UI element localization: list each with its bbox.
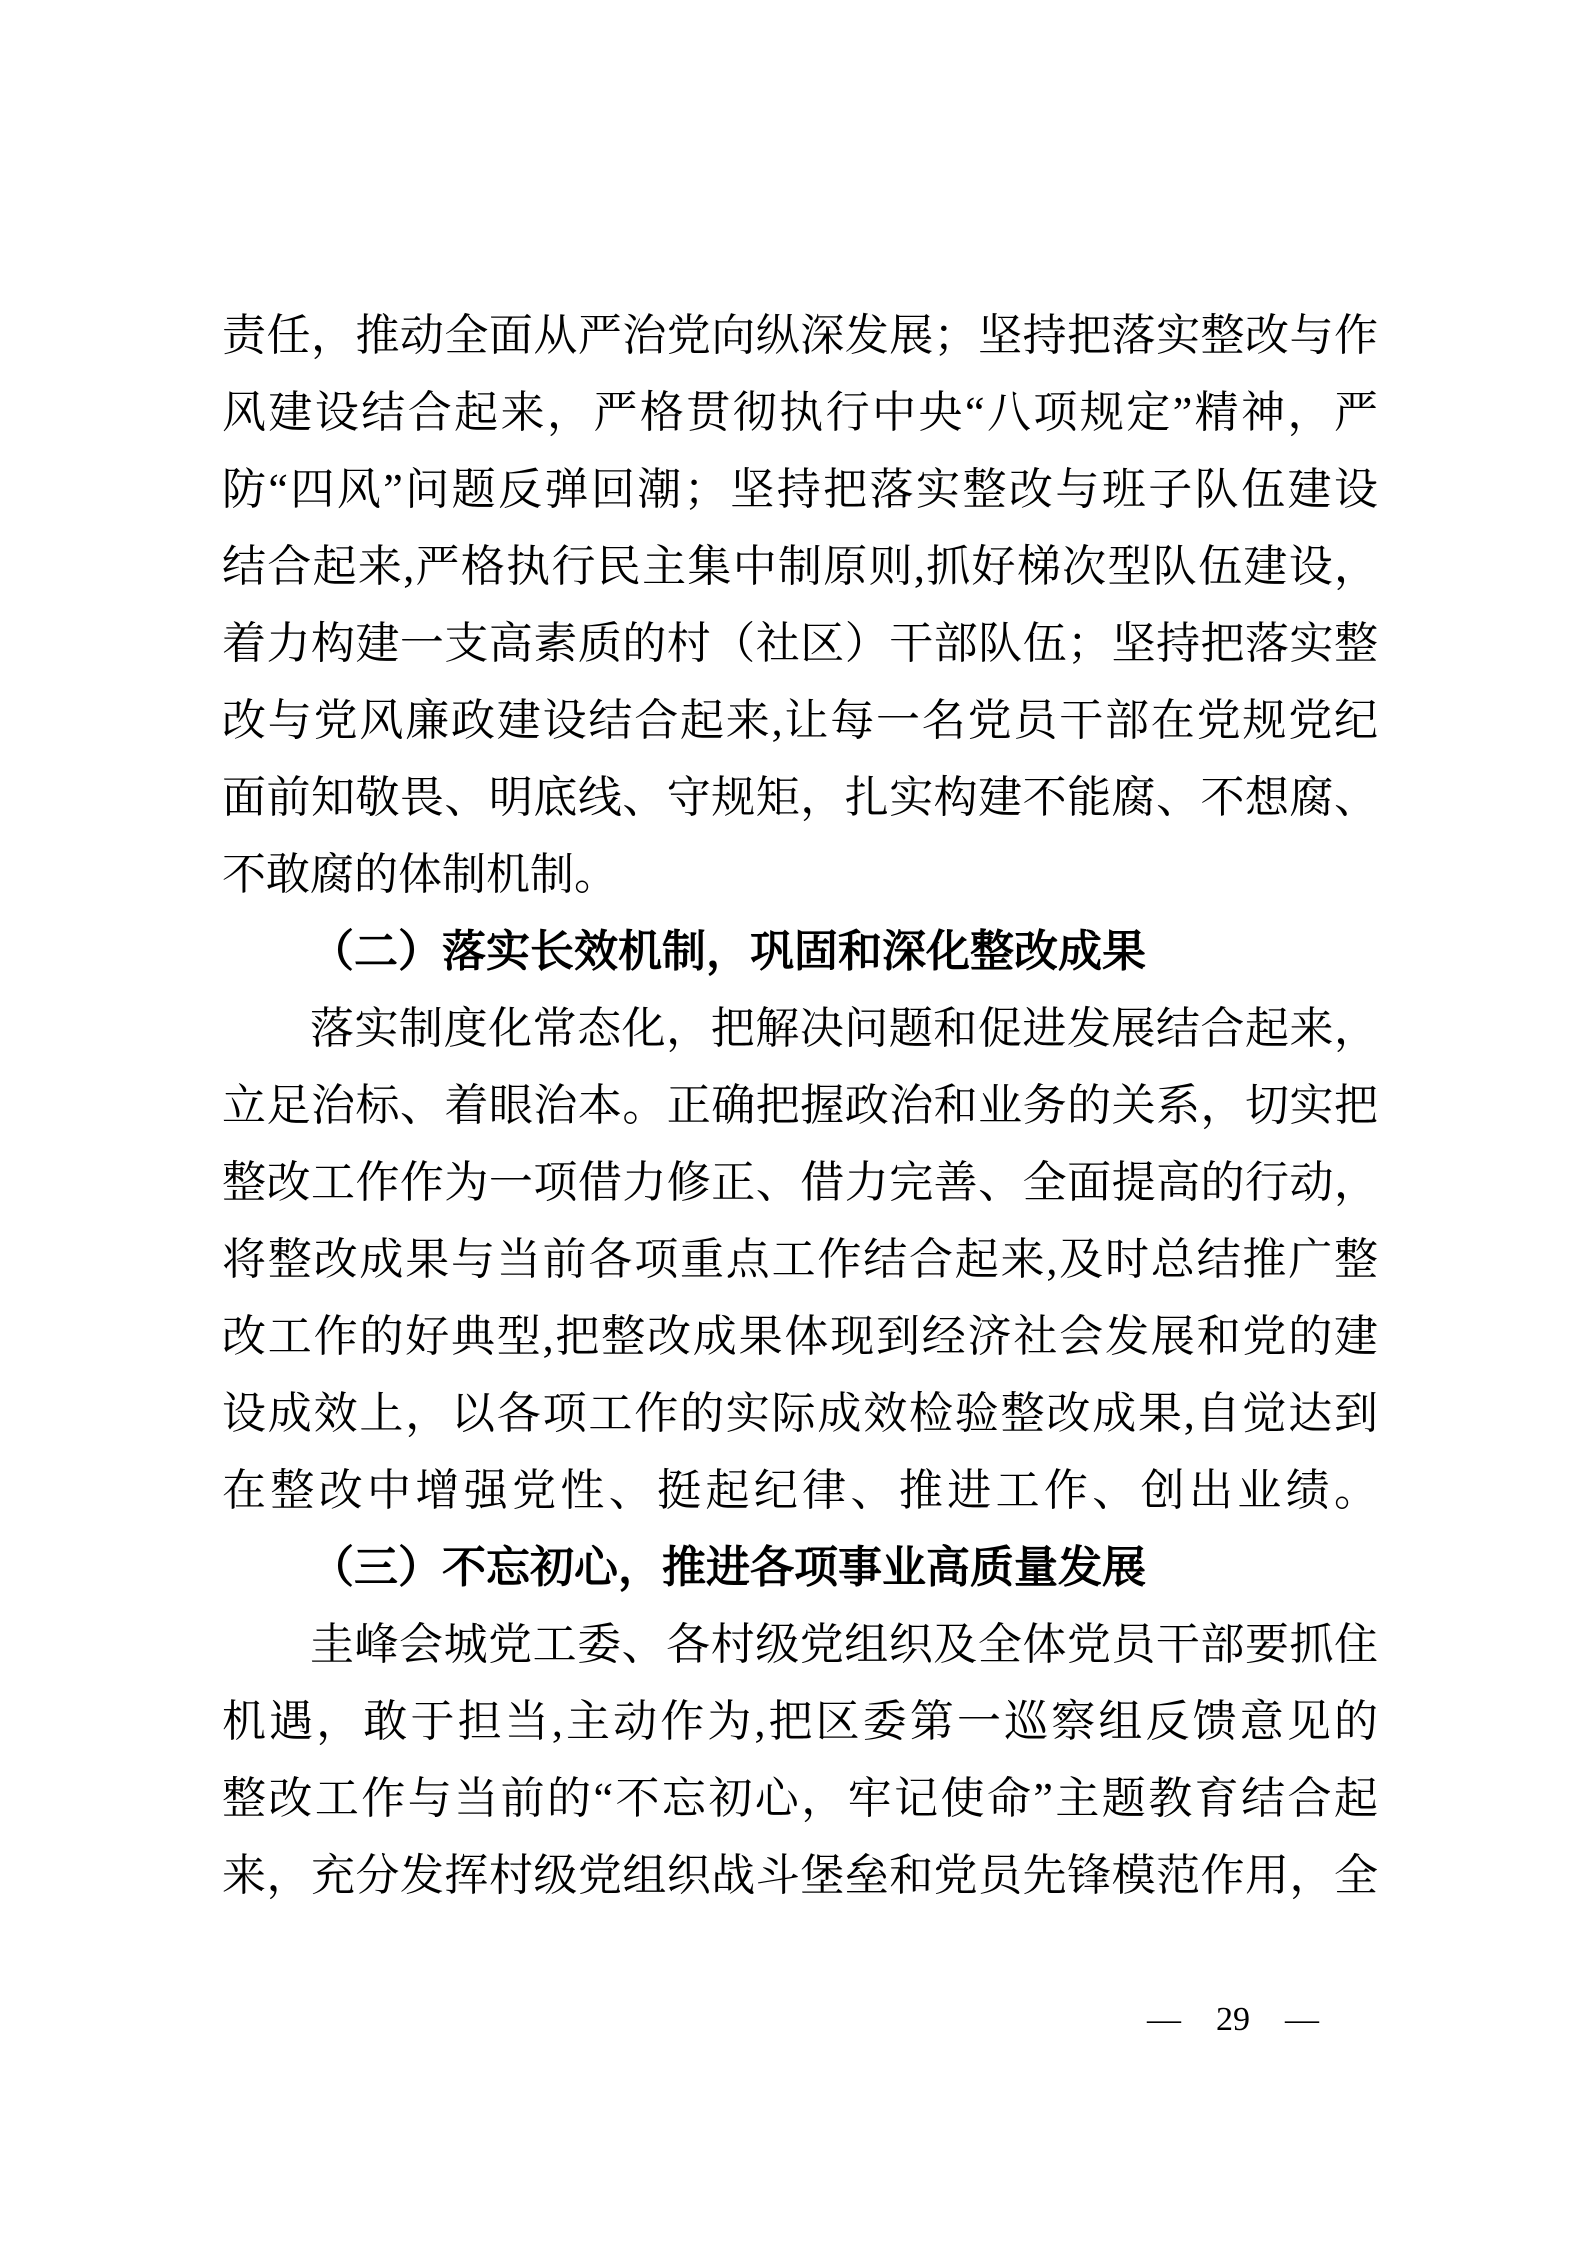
- paragraph-line: 机遇，敢于担当,主动作为,把区委第一巡察组反馈意见的: [222, 1683, 1378, 1760]
- paragraph-line: 改与党风廉政建设结合起来,让每一名党员干部在党规党纪: [222, 682, 1378, 759]
- paragraph-line: 立足治标、着眼治本。正确把握政治和业务的关系，切实把: [222, 1067, 1378, 1144]
- page-number: 29: [1216, 2000, 1250, 2040]
- paragraph-line: 改工作的好典型,把整改成果体现到经济社会发展和党的建: [222, 1298, 1378, 1375]
- page-footer: — 29 —: [1147, 2000, 1319, 2040]
- document-page: 责任，推动全面从严治党向纵深发展；坚持把落实整改与作 风建设结合起来，严格贯彻执…: [0, 0, 1587, 2245]
- document-body: 责任，推动全面从严治党向纵深发展；坚持把落实整改与作 风建设结合起来，严格贯彻执…: [222, 297, 1378, 1914]
- footer-dash-right: —: [1285, 2000, 1319, 2040]
- paragraph-line: 圭峰会城党工委、各村级党组织及全体党员干部要抓住: [222, 1606, 1378, 1683]
- paragraph-line: 风建设结合起来，严格贯彻执行中央“八项规定”精神，严: [222, 374, 1378, 451]
- paragraph-line: 结合起来,严格执行民主集中制原则,抓好梯次型队伍建设，: [222, 528, 1378, 605]
- paragraph-line: 落实制度化常态化，把解决问题和促进发展结合起来，: [222, 990, 1378, 1067]
- paragraph-line: 来，充分发挥村级党组织战斗堡垒和党员先锋模范作用，全: [222, 1837, 1378, 1914]
- footer-dash-left: —: [1147, 2000, 1181, 2040]
- paragraph-line: 整改工作作为一项借力修正、借力完善、全面提高的行动，: [222, 1144, 1378, 1221]
- paragraph-line: 在整改中增强党性、挺起纪律、推进工作、创出业绩。: [222, 1452, 1378, 1529]
- paragraph-line: 面前知敬畏、明底线、守规矩，扎实构建不能腐、不想腐、: [222, 759, 1378, 836]
- paragraph-line: 整改工作与当前的“不忘初心，牢记使命”主题教育结合起: [222, 1760, 1378, 1837]
- paragraph-line: 防“四风”问题反弹回潮；坚持把落实整改与班子队伍建设: [222, 451, 1378, 528]
- paragraph-line: 不敢腐的体制机制。: [222, 836, 1378, 913]
- paragraph-line: 将整改成果与当前各项重点工作结合起来,及时总结推广整: [222, 1221, 1378, 1298]
- paragraph-line: 着力构建一支高素质的村（社区）干部队伍；坚持把落实整: [222, 605, 1378, 682]
- paragraph-line: 设成效上，以各项工作的实际成效检验整改成果,自觉达到: [222, 1375, 1378, 1452]
- section-heading: （三）不忘初心，推进各项事业高质量发展: [222, 1529, 1378, 1606]
- section-heading: （二）落实长效机制，巩固和深化整改成果: [222, 913, 1378, 990]
- paragraph-line: 责任，推动全面从严治党向纵深发展；坚持把落实整改与作: [222, 297, 1378, 374]
